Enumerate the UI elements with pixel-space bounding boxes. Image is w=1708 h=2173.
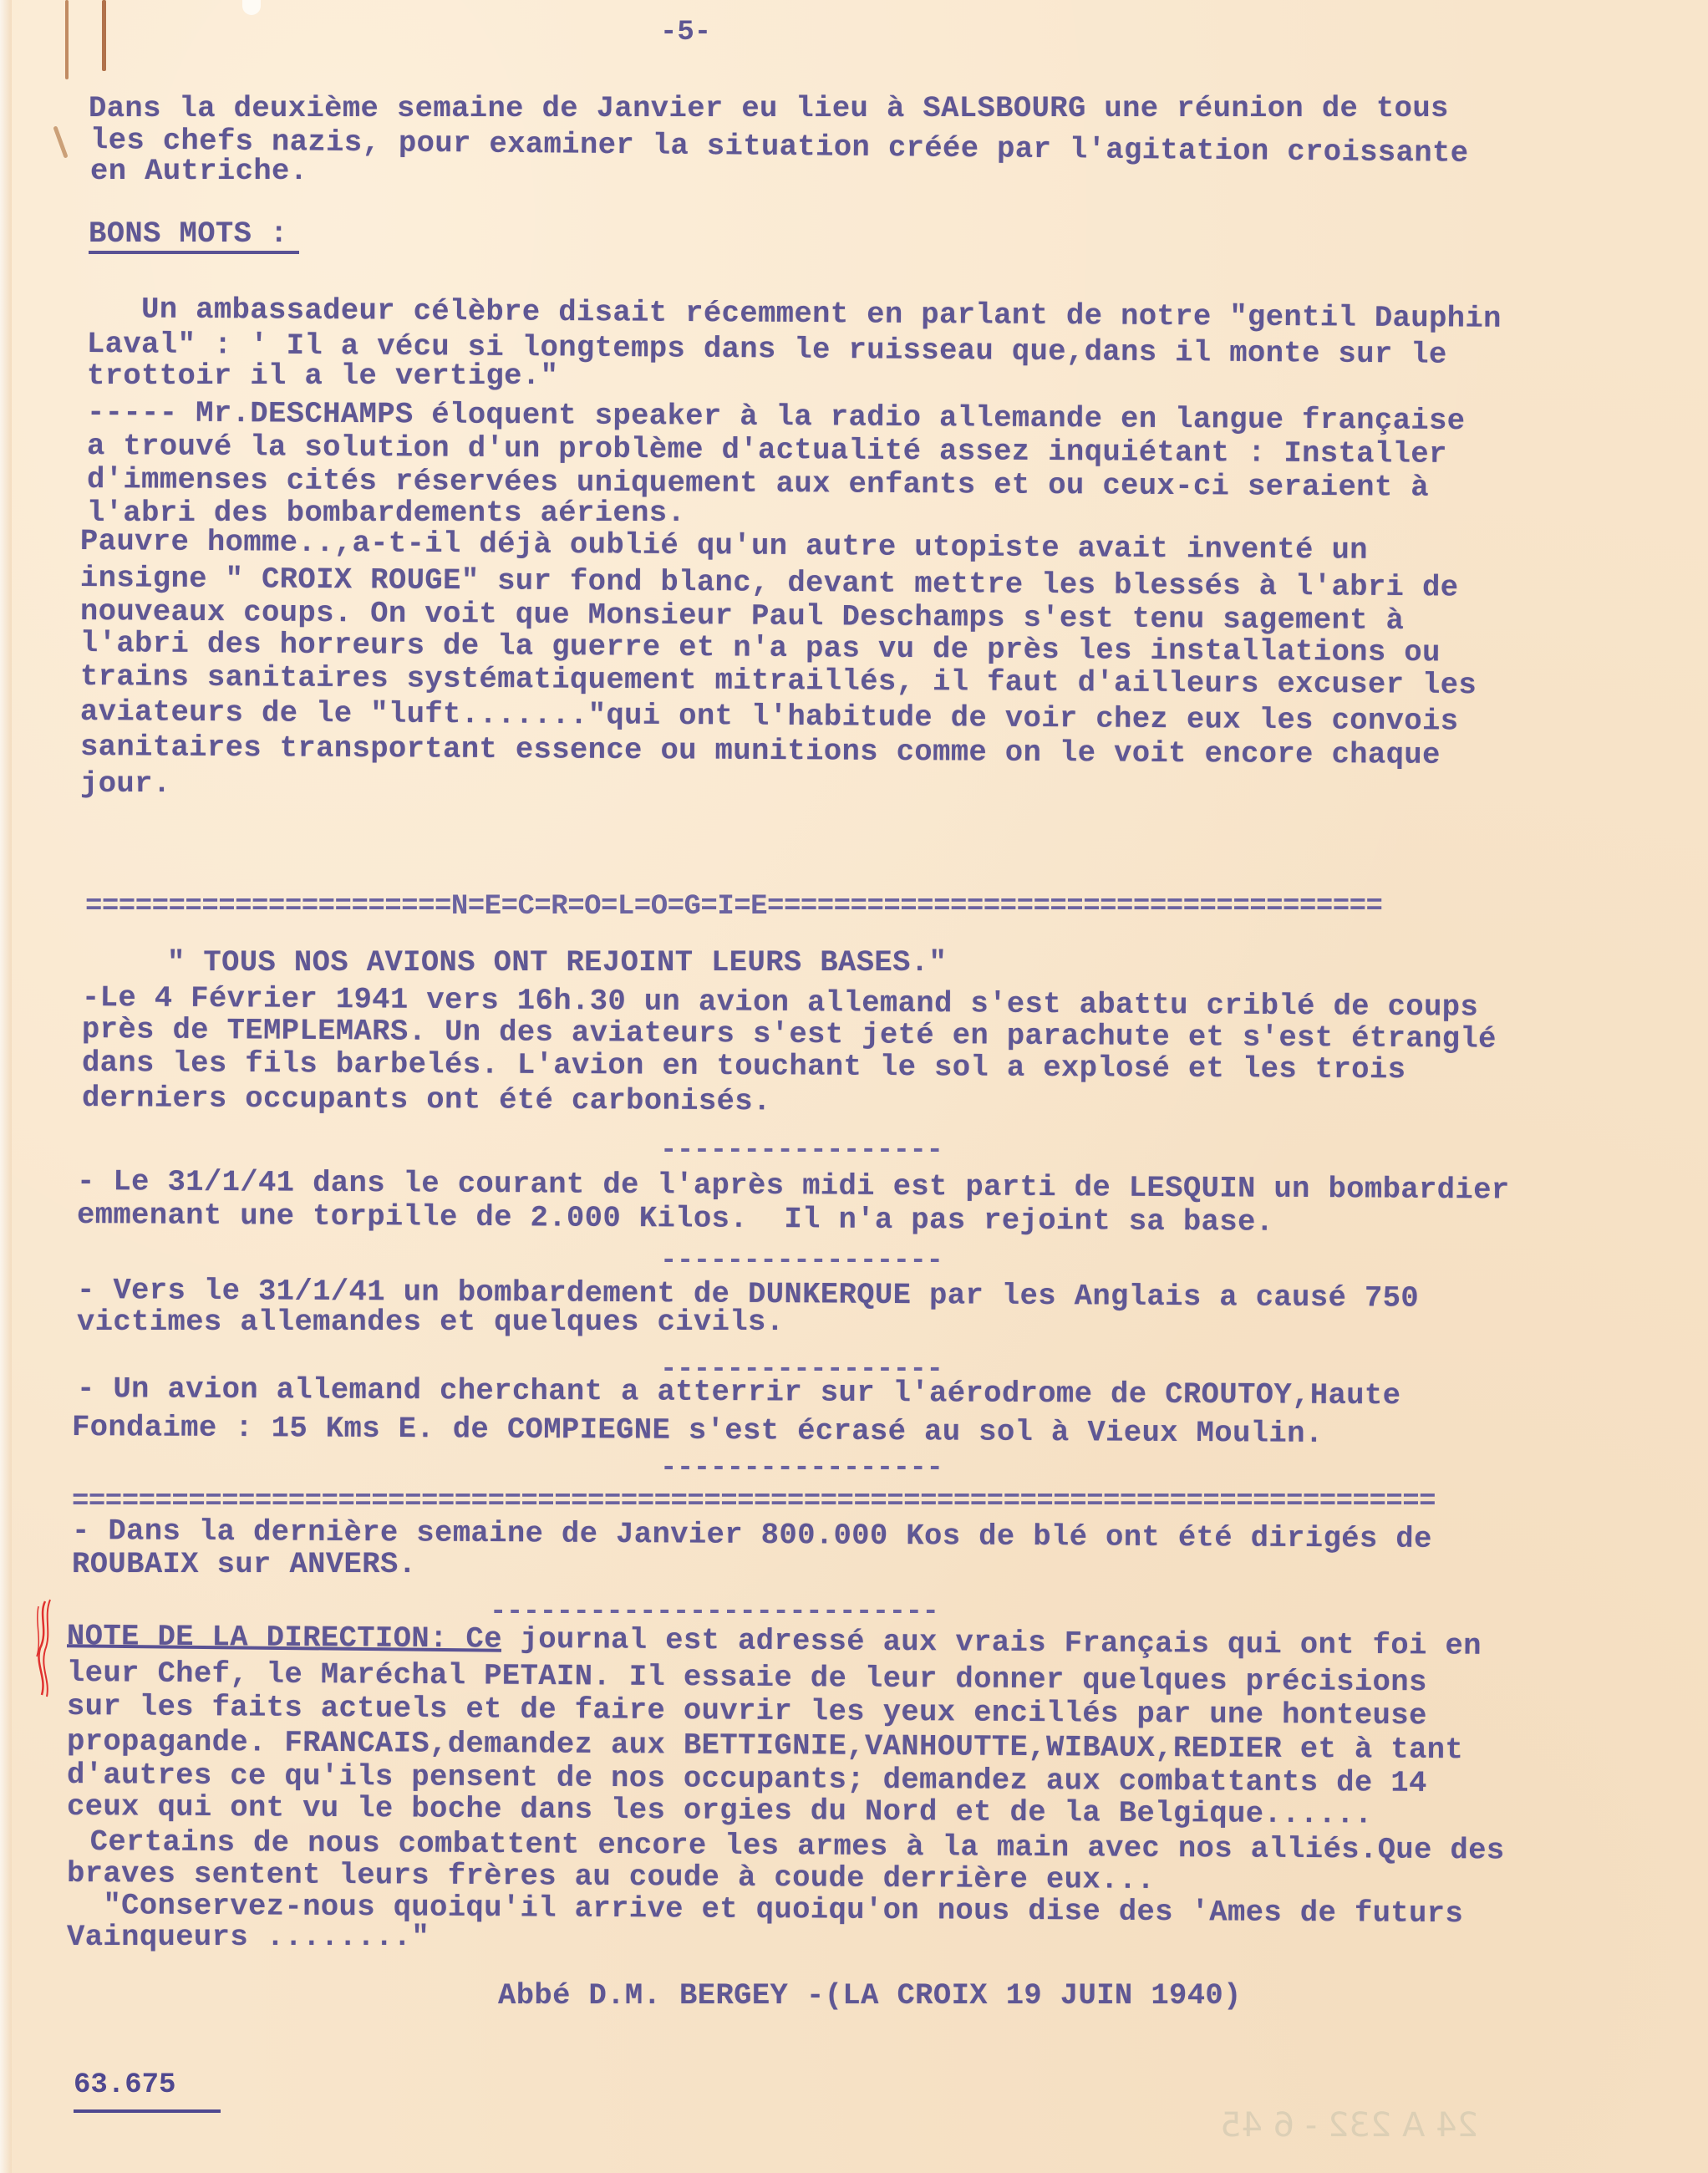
text-line: jour. [80, 769, 171, 799]
text-line: Pauvre homme..,a-t-il déjà oublié qu'un … [80, 527, 1368, 565]
separator-rule: ----------------- [660, 1454, 943, 1483]
text-line: en Autriche. [90, 156, 308, 186]
separator-rule: ----------------- [660, 1137, 943, 1165]
text-line: derniers occupants ont été carbonisés. [82, 1083, 771, 1117]
stain-mark [65, 0, 69, 79]
page-edge [0, 0, 12, 2173]
margin-mark-icon [33, 1598, 53, 1698]
text-line: Dans la deuxième semaine de Janvier eu l… [89, 94, 1449, 124]
text-line: victimes allemandes et quelques civils. [77, 1307, 784, 1337]
text-line: sanitaires transportant essence ou munit… [80, 732, 1441, 770]
necrologie-quote-title: " TOUS NOS AVIONS ONT REJOINT LEURS BASE… [167, 948, 947, 978]
heading-underline [89, 251, 299, 254]
reference-underline [74, 2109, 221, 2113]
stain-mark [102, 0, 106, 71]
text-line: dans les fils barbelés. L'avion en touch… [82, 1048, 1406, 1085]
text-line: l'abri des bombardements aériens. [87, 498, 685, 528]
section-heading-bons-mots: BONS MOTS : [89, 219, 288, 249]
text-line: trains sanitaires systématiquement mitra… [80, 662, 1477, 700]
note-first-line: Ce journal est adressé aux vrais Françai… [448, 1621, 1482, 1663]
text-line: Vainqueurs ........" [67, 1922, 430, 1952]
text-line: ceux qui ont vu le boche dans les orgies… [67, 1792, 1373, 1829]
necrologie-banner: ======================N=E=C=R=O=L=O=G=I=… [85, 893, 1382, 921]
separator-rule-long: ========================================… [72, 1488, 1436, 1516]
text-line: trottoir il a le vertige." [87, 361, 558, 391]
reference-number: 63.675 [74, 2069, 175, 2101]
page-number: -5- [660, 17, 711, 48]
text-line: - Un avion allemand cherchant a atterrir… [77, 1374, 1401, 1411]
bleed-through-stamp: 24 A 232 - 6 45 [1220, 2106, 1478, 2145]
text-line: emmenant une torpille de 2.000 Kilos. Il… [77, 1200, 1274, 1237]
text-line: Fondaime : 15 Kms E. de COMPIEGNE s'est … [72, 1412, 1324, 1448]
text-line: ROUBAIX sur ANVERS. [72, 1550, 416, 1580]
signature: Abbé D.M. BERGEY -(LA CROIX 19 JUIN 1940… [498, 1981, 1242, 2011]
separator-rule: ----------------- [660, 1247, 943, 1275]
